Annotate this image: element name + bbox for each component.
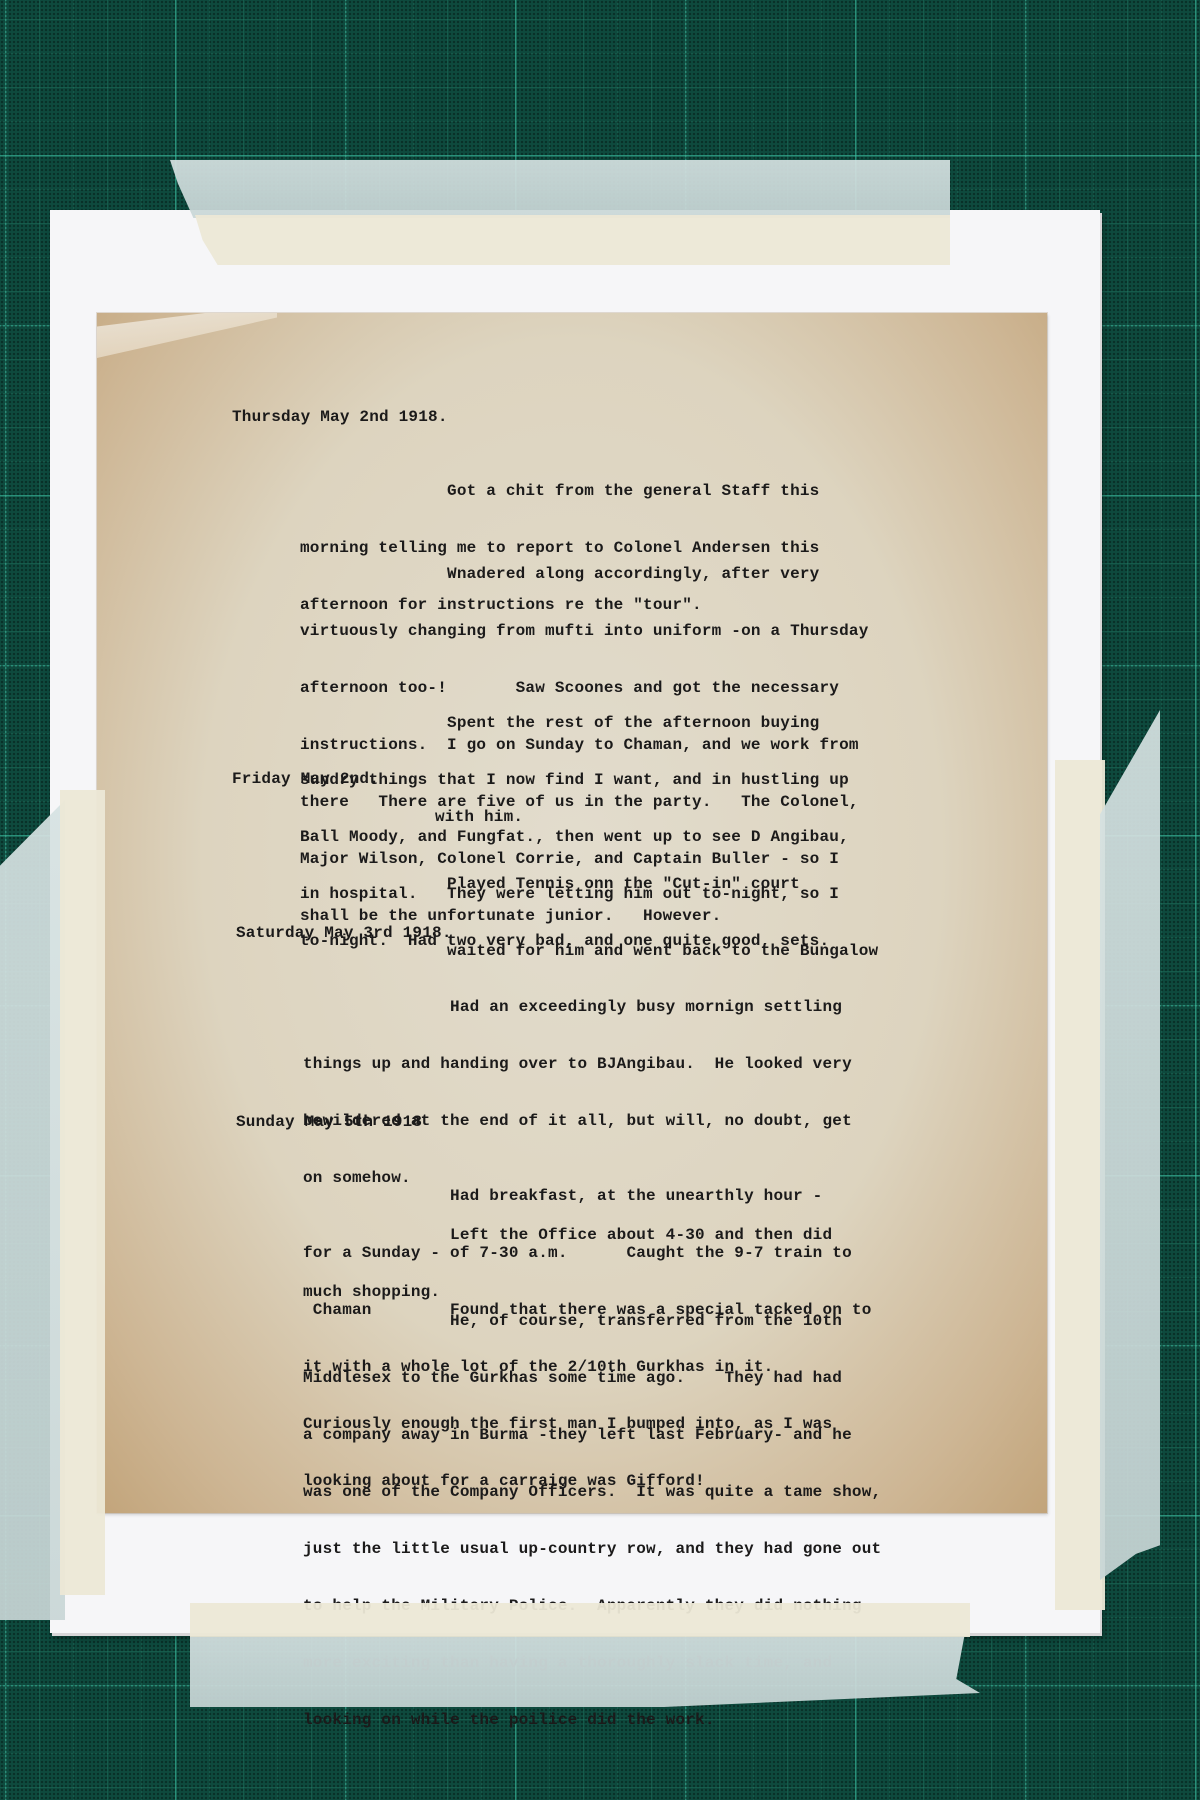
masking-tape-left-inner [60,790,105,1595]
text-line: Wnadered along accordingly, after very [300,565,869,584]
masking-tape-bottom-inner [190,1603,970,1637]
text-line: Spent the rest of the afternoon buying [300,714,878,733]
masking-tape-right [1100,710,1160,1580]
text-line: just the little usual up-country row, an… [303,1540,881,1559]
text-line: Got a chit from the general Staff this [300,482,819,501]
entry-date-sunday: Sunday May 5th 1918 [236,1113,422,1132]
text-line: Had an exceedingly busy mornign settling [303,998,852,1017]
text-line: Had breakfast, at the unearthly hour - [303,1187,872,1206]
text-line: for a Sunday - of 7-30 a.m. Caught the 9… [303,1244,872,1263]
masking-tape-bottom [190,1637,980,1707]
entry-date-saturday: Saturday May 3rd 1918. [236,924,452,943]
typewritten-diary-page: Thursday May 2nd 1918. Got a chit from t… [97,313,1047,1513]
text-line: Middlesex to the Gurkhas some time ago. … [303,1369,881,1388]
text-line: looking on while the poilice did the wor… [303,1711,881,1730]
masking-tape-top [170,160,950,218]
text-line: things up and handing over to BJAngibau.… [303,1055,852,1074]
masking-tape-left [0,800,65,1620]
text-line: a company away in Burma -they left last … [303,1426,881,1445]
text-line: Played Tennis onn the "Cut-in" court [300,875,829,894]
text-line: He, of course, transferred from the 10th [303,1312,881,1331]
masking-tape-top-inner [195,215,950,265]
text-line: sundry things that I now find I want, an… [300,771,878,790]
text-line: virtuously changing from mufti into unif… [300,622,869,641]
masking-tape-right-inner [1055,760,1105,1610]
entry-date-friday: Friday May 2nd. [232,770,379,789]
text-line: with him. [435,808,523,827]
entry-date-thursday: Thursday May 2nd 1918. [232,408,448,427]
text-line: was one of the Company Officers. It was … [303,1483,881,1502]
